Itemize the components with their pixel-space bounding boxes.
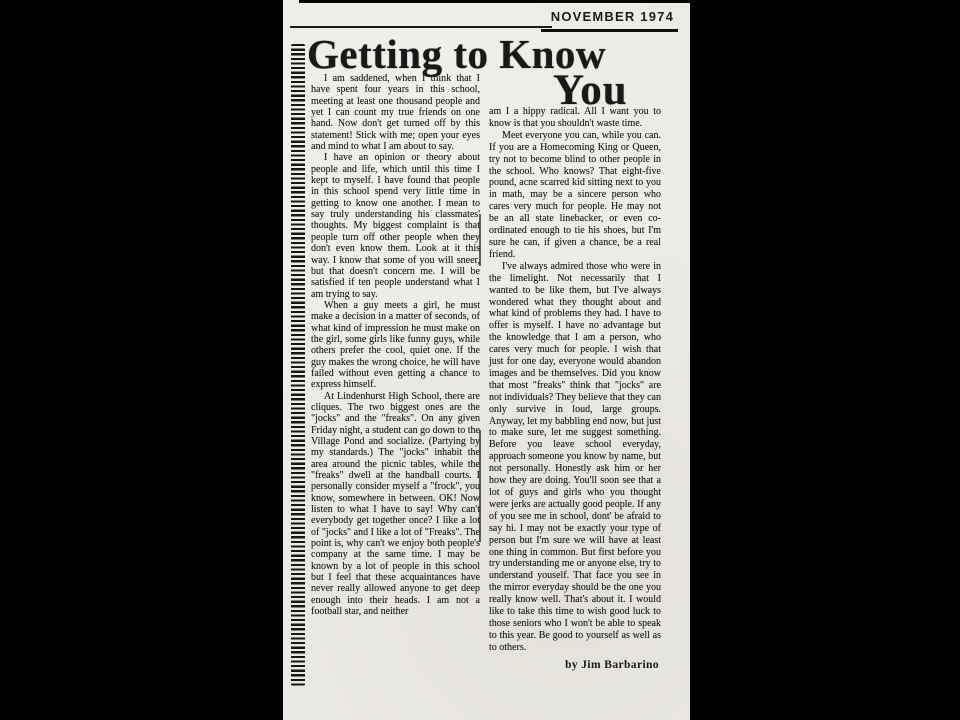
newspaper-page: NOVEMBER 1974 Getting to Know You I am s… (283, 0, 690, 720)
byline: by Jim Barbarino (489, 659, 661, 671)
scan-top-edge-line (299, 0, 690, 3)
paragraph: I've always admired those who were in th… (489, 261, 661, 654)
paragraph: am I a hippy radical. All I want you to … (489, 106, 661, 130)
binding-edge-decoration (291, 44, 305, 686)
header-rule-left (290, 26, 552, 28)
issue-date: NOVEMBER 1974 (551, 9, 674, 24)
paragraph: I am saddened, when I think that I have … (311, 73, 480, 152)
left-column: I am saddened, when I think that I have … (311, 73, 480, 618)
paragraph: When a guy meets a girl, he must make a … (311, 300, 480, 391)
paragraph: At Lindenhurst High School, there are cl… (311, 391, 480, 618)
paragraph: I have an opinion or theory about people… (311, 152, 480, 299)
paragraph: Meet everyone you can, while you can. If… (489, 130, 661, 261)
right-column: am I a hippy radical. All I want you to … (489, 106, 661, 671)
